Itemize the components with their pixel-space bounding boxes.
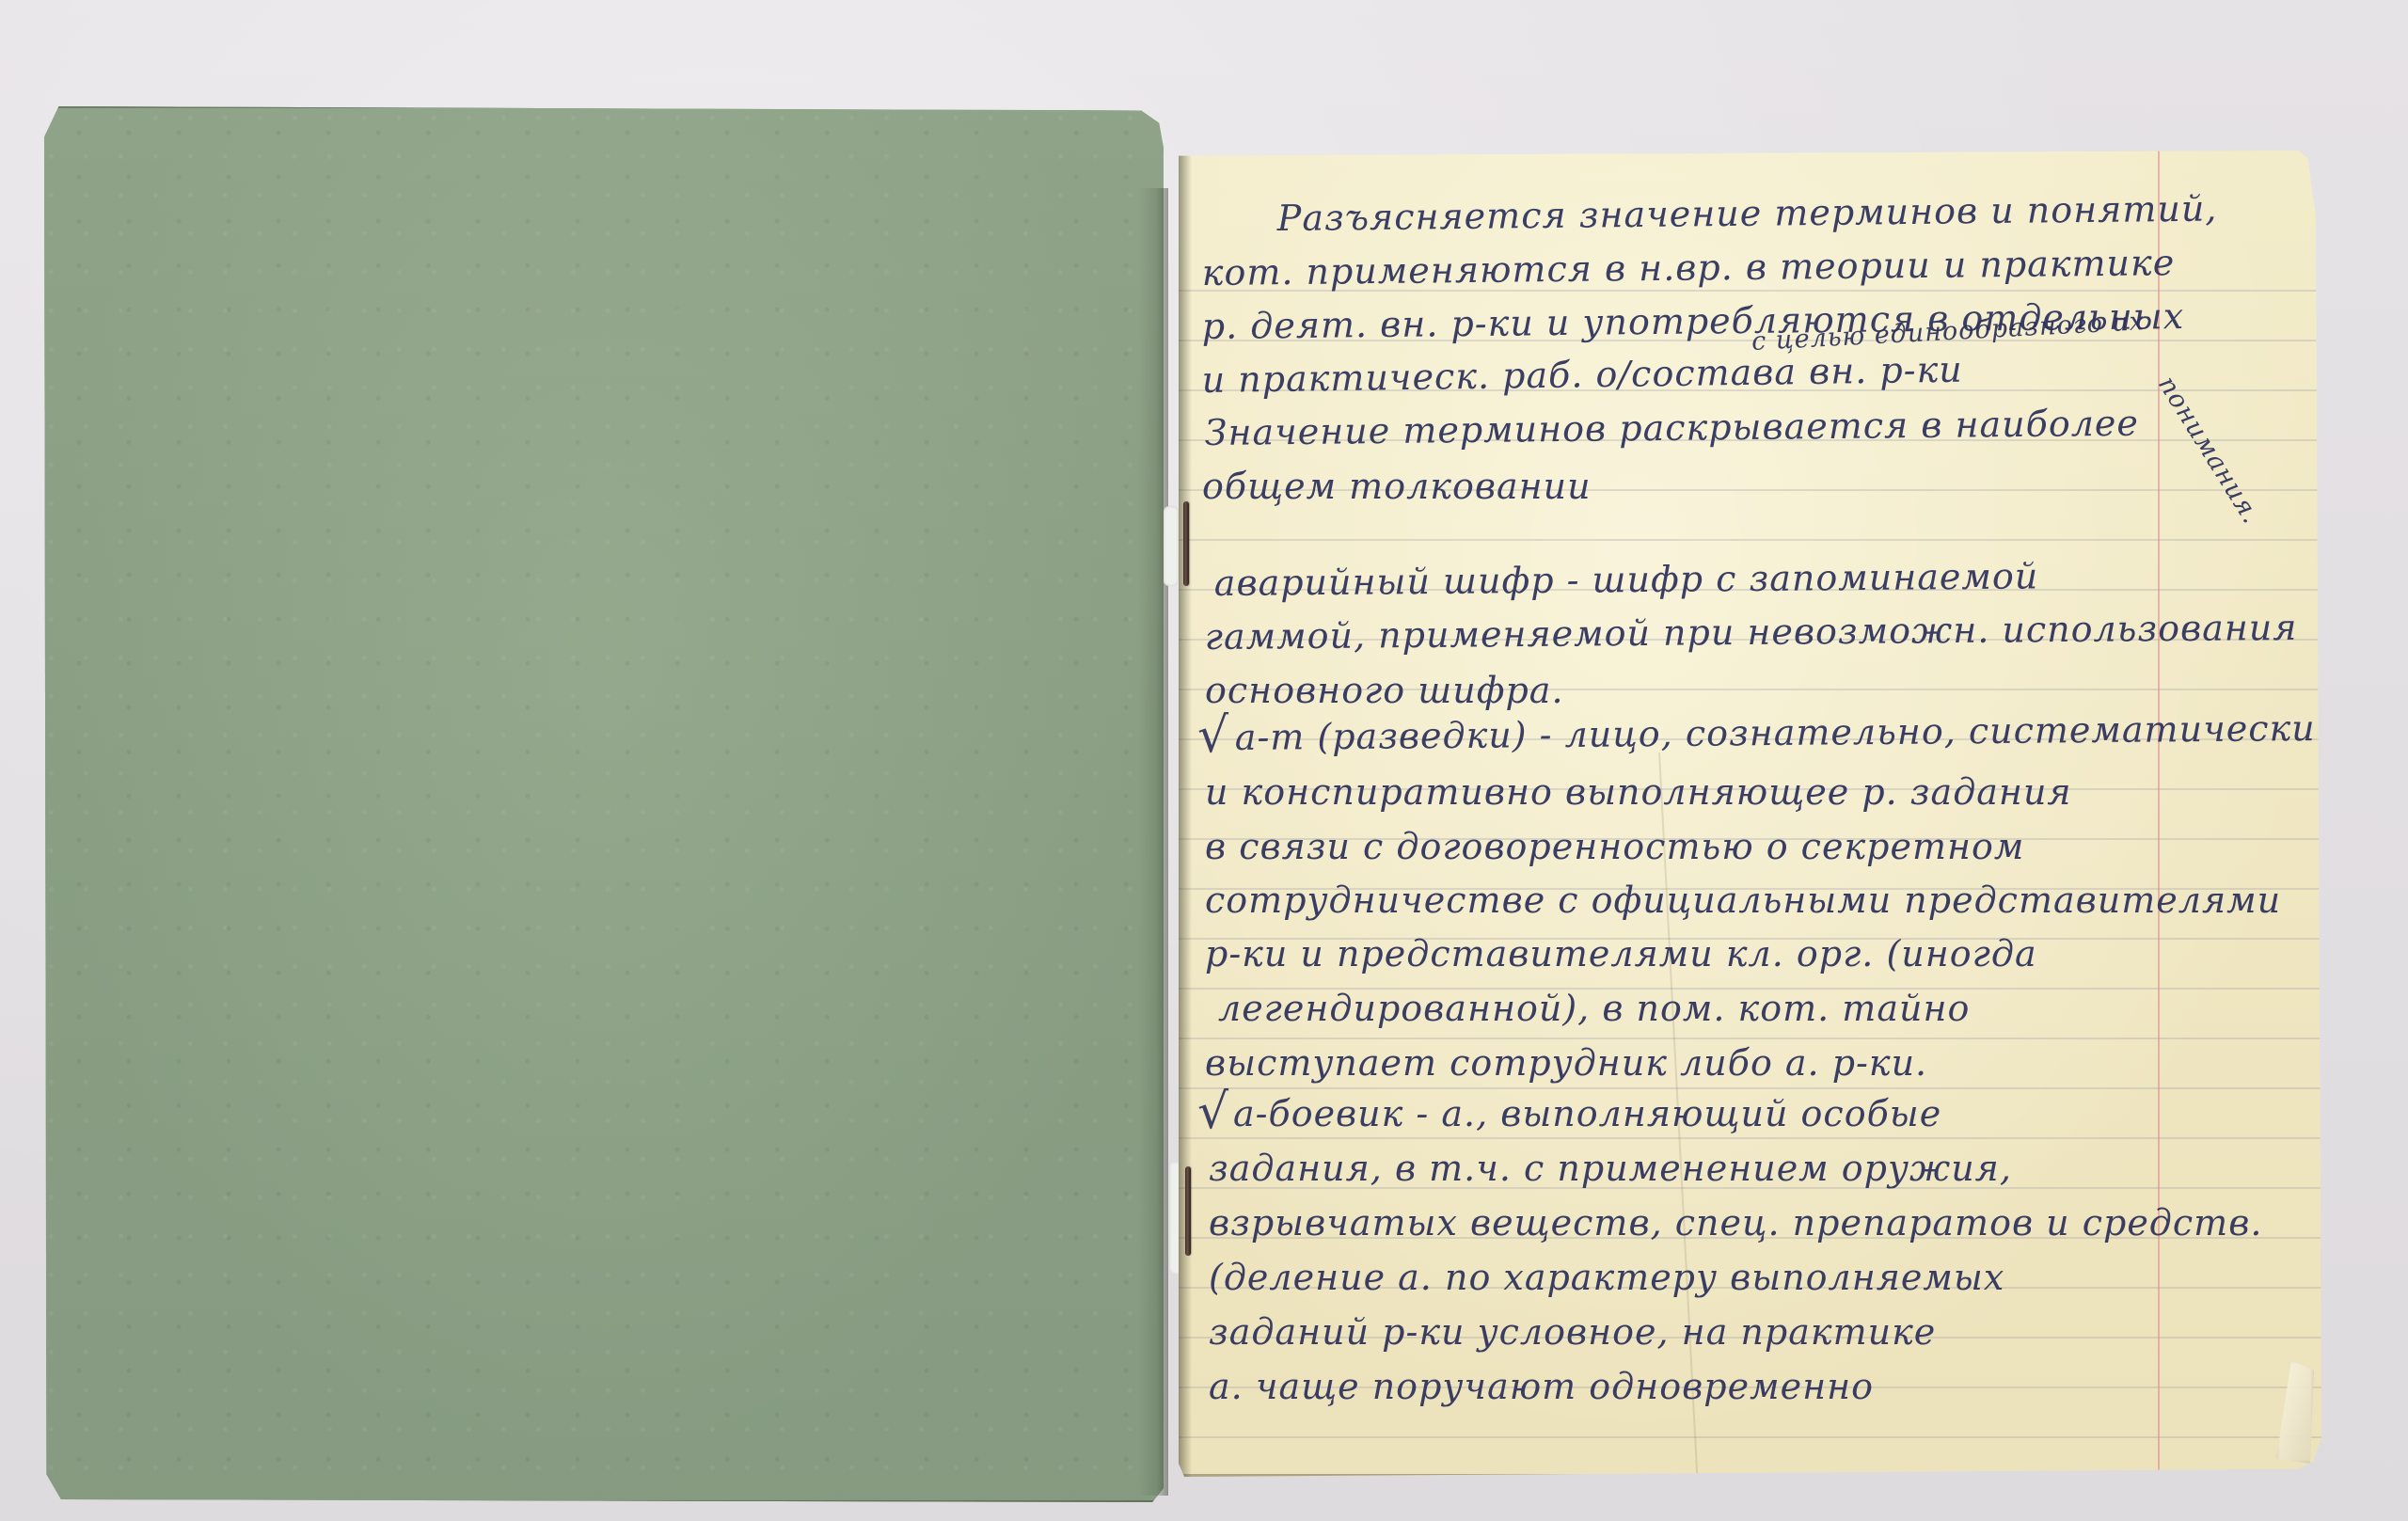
page-spine-shadow <box>1179 151 1192 1477</box>
cover-tear-top <box>1164 506 1179 586</box>
checkmark-icon: √ <box>1197 1084 1228 1140</box>
handwritten-line: (деление а. по характеру выполняемых <box>1209 1257 2004 1298</box>
handwritten-line: аварийный шифр - шифр с запоминаемой <box>1214 555 2039 604</box>
handwritten-line: Разъясняется значение терминов и понятий… <box>1277 188 2218 239</box>
handwritten-line: заданий р-ки условное, на практике <box>1209 1311 1936 1353</box>
handwritten-line: р-ки и представителями кл. орг. (иногда <box>1205 933 2037 974</box>
notebook-cover <box>44 106 1164 1502</box>
staple <box>1183 501 1189 586</box>
cover-spine-fold <box>1138 188 1168 1496</box>
notebook-page: Разъясняется значение терминов и понятий… <box>1179 151 2321 1477</box>
handwritten-line: общем толковании <box>1202 466 1592 507</box>
checkmark-icon: √ <box>1197 707 1228 764</box>
handwritten-line: а. чаще поручают одновременно <box>1209 1366 1874 1407</box>
handwritten-line: сотрудничестве с официальными представит… <box>1205 879 2281 921</box>
handwritten-line: а-боевик - а., выполняющий особые <box>1233 1093 1941 1134</box>
handwritten-line: задания, в т.ч. с применением оружия, <box>1209 1148 2012 1189</box>
handwritten-line: основного шифра. <box>1205 670 1564 711</box>
handwritten-line: выступает сотрудник либо а. р-ки. <box>1205 1042 1927 1084</box>
handwritten-line: в связи с договоренностью о секретном <box>1205 826 2024 867</box>
handwritten-line: и конспиративно выполняющее р. задания <box>1205 771 2072 813</box>
margin-line <box>2158 151 2160 1477</box>
staple <box>1185 1166 1191 1256</box>
handwritten-line: взрывчатых веществ, спец. препаратов и с… <box>1209 1202 2262 1244</box>
handwritten-line: легендированной), в пом. кот. тайно <box>1218 988 1970 1029</box>
